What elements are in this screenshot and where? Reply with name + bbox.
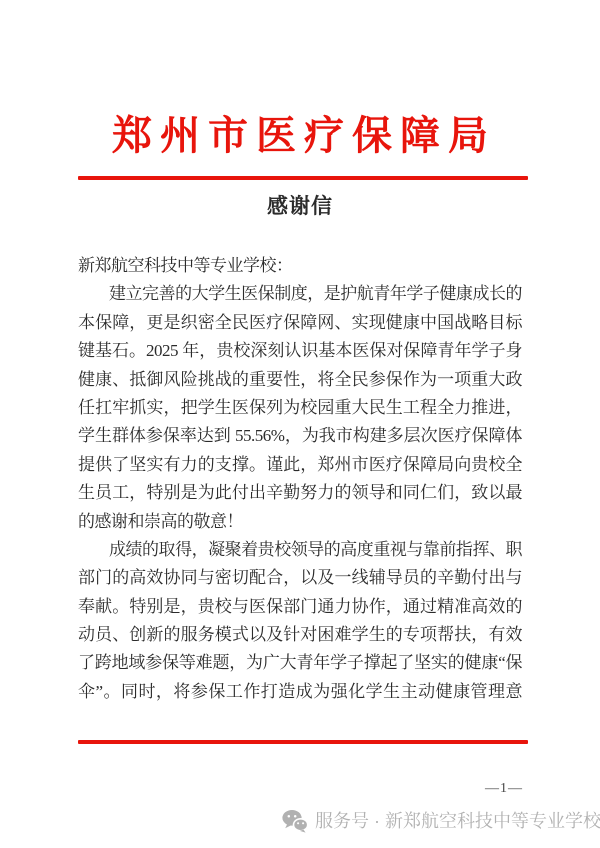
body-line: 建立完善的大学生医保制度，是护航青年学子健康成长的根: [78, 280, 522, 308]
body-line: 伞”。同时，将参保工作打造成为强化学生主动健康管理意识、: [78, 678, 522, 706]
letter-page: 郑州市医疗保障局 感谢信 新郑航空科技中等专业学校： 建立完善的大学生医保制度，…: [0, 0, 600, 848]
body-line: 动员、创新的服务模式以及针对困难学生的专项帮扶，有效破解: [78, 621, 522, 649]
letterhead-title: 郑州市医疗保障局: [0, 112, 600, 160]
body-line: 部门的高效协同与密切配合，以及一线辅导员的辛勤付出与无私: [78, 564, 522, 592]
body-line: 任扛牢抓实，把学生医保列为校园重大民生工程全力推进，实现: [78, 394, 522, 422]
watermark: 服务号 · 新郑航空科技中等专业学校: [282, 809, 600, 833]
footer-divider: [78, 740, 528, 744]
body-line: 成绩的取得，凝聚着贵校领导的高度重视与靠前指挥、职能: [78, 536, 522, 564]
body-line: 提供了坚实有力的支撑。谨此，郑州市医疗保障局向贵校全体师: [78, 451, 522, 479]
body-line: 本保障，更是织密全民医疗保障网、实现健康中国战略目标的关: [78, 309, 522, 337]
body-line: 键基石。2025 年，贵校深刻认识基本医保对保障青年学子身心: [78, 337, 522, 365]
wechat-icon: [282, 809, 308, 833]
letterhead-divider: [78, 176, 528, 180]
watermark-text: 服务号 · 新郑航空科技中等专业学校: [315, 809, 600, 833]
body-line: 奉献。特别是，贵校与医保部门通力协作，通过精准高效的组织: [78, 593, 522, 621]
body-line: 了跨地域参保等难题，为广大青年学子撑起了坚实的健康“保护: [78, 649, 522, 677]
letter-title: 感谢信: [0, 192, 600, 220]
letter-body: 新郑航空科技中等专业学校： 建立完善的大学生医保制度，是护航青年学子健康成长的根…: [78, 252, 522, 706]
body-line: 的感谢和崇高的敬意！: [78, 508, 522, 536]
body-line-salutation: 新郑航空科技中等专业学校：: [78, 252, 522, 280]
body-line: 健康、抵御风险挑战的重要性，将全民参保作为一项重大政治责: [78, 366, 522, 394]
body-line: 生员工，特别是为此付出辛勤努力的领导和同仁们，致以最诚挚: [78, 479, 522, 507]
body-line: 学生群体参保率达到 55.56%，为我市构建多层次医疗保障体系: [78, 422, 522, 450]
page-number: —1—: [485, 781, 523, 797]
